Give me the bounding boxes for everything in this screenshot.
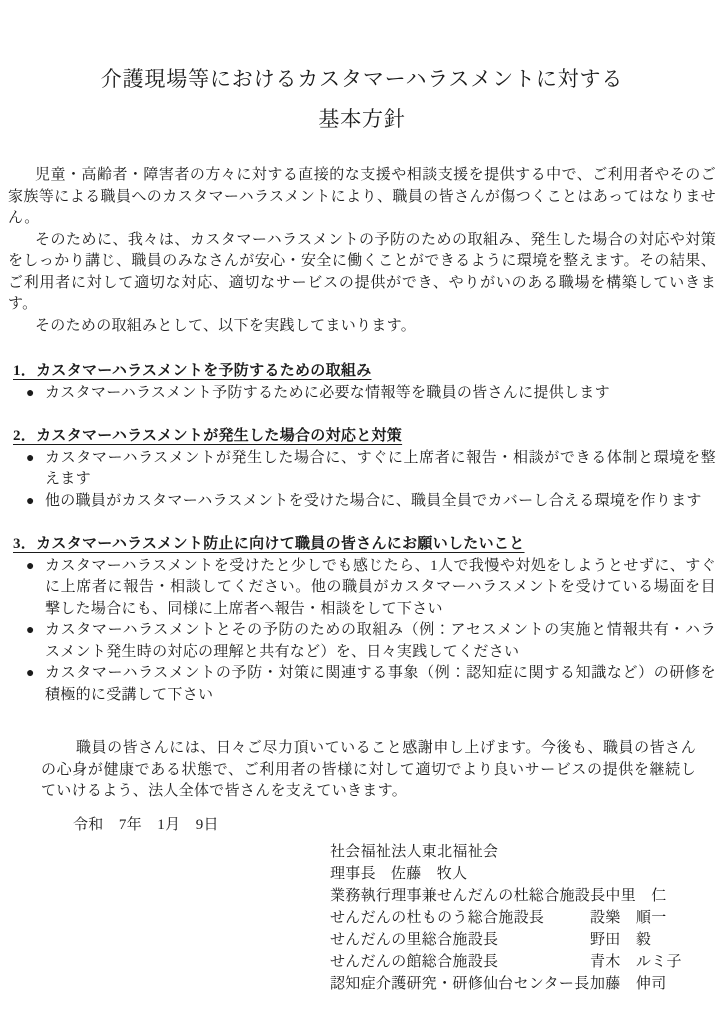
signature-row: 認知症介護研究・研修仙台センター長 加藤 伸司 [330, 973, 716, 995]
signature-row: せんだんの里総合施設長 野田 毅 [330, 929, 716, 951]
signature-title: せんだんの杜ものう総合施設長 [330, 907, 590, 929]
intro-paragraphs: 児童・高齢者・障害者の方々に対する直接的な支援や相談支援を提供する中で、ご利用者… [8, 165, 716, 337]
bullet-icon: ● [26, 556, 45, 578]
bullet-icon: ● [26, 448, 45, 470]
intro-paragraph-2: そのために、我々は、カスタマーハラスメントの予防のための取組み、発生した場合の対… [8, 230, 716, 316]
bullet-icon: ● [26, 383, 45, 405]
section-1-bullets: ● カスタマーハラスメント予防するために必要な情報等を職員の皆さんに提供します [26, 383, 716, 405]
section-2-bullets: ● カスタマーハラスメントが発生した場合に、すぐに上席者に報告・相談ができる体制… [26, 448, 716, 513]
signature-row: せんだんの館総合施設長 青木 ルミ子 [330, 951, 716, 973]
signature-title: 業務執行理事兼せんだんの杜総合施設長 [330, 885, 605, 907]
signature-name: 佐藤 牧人 [391, 863, 468, 885]
section-3-bullets: ● カスタマーハラスメントを受けたと少しでも感じたら、1人で我慢や対処をしようと… [26, 556, 716, 707]
signature-name: 設樂 順一 [590, 907, 667, 929]
bullet-item: ● カスタマーハラスメント予防するために必要な情報等を職員の皆さんに提供します [26, 383, 716, 405]
bullet-text: 他の職員がカスタマーハラスメントを受けた場合に、職員全員でカバーし合える環境を作… [45, 491, 716, 513]
intro-paragraph-3: そのための取組みとして、以下を実践してまいります。 [8, 316, 716, 338]
signature-title: 理事長 [330, 863, 376, 885]
signature-name: 青木 ルミ子 [590, 951, 682, 973]
signature-title: 認知症介護研究・研修仙台センター長 [330, 973, 590, 995]
bullet-text: カスタマーハラスメントの予防・対策に関連する事象（例：認知症に関する知識など）の… [45, 663, 716, 706]
bullet-item: ● 他の職員がカスタマーハラスメントを受けた場合に、職員全員でカバーし合える環境… [26, 491, 716, 513]
signature-organization: 社会福祉法人東北福祉会 [330, 841, 716, 863]
intro-paragraph-1: 児童・高齢者・障害者の方々に対する直接的な支援や相談支援を提供する中で、ご利用者… [8, 165, 716, 230]
document-title-line1: 介護現場等におけるカスタマーハラスメントに対する [0, 59, 724, 99]
signature-row: 理事長 佐藤 牧人 [330, 863, 716, 885]
signature-name: 中里 仁 [605, 885, 666, 907]
document-body: 児童・高齢者・障害者の方々に対する直接的な支援や相談支援を提供する中で、ご利用者… [8, 165, 716, 995]
signature-title: せんだんの館総合施設長 [330, 951, 590, 973]
document-title-line2: 基本方針 [0, 99, 724, 139]
signature-row: 業務執行理事兼せんだんの杜総合施設長 中里 仁 [330, 885, 716, 907]
closing-paragraph: 職員の皆さんには、日々ご尽力頂いていること感謝申し上げます。今後も、職員の皆さん… [41, 738, 696, 803]
bullet-icon: ● [26, 491, 45, 513]
bullet-icon: ● [26, 663, 45, 685]
document-page: 介護現場等におけるカスタマーハラスメントに対する 基本方針 児童・高齢者・障害者… [0, 0, 724, 1024]
bullet-icon: ● [26, 620, 45, 642]
section-1-heading: 1．カスタマーハラスメントを予防するための取組み [13, 361, 716, 383]
section-3: 3．カスタマーハラスメント防止に向けて職員の皆さんにお願いしたいこと ● カスタ… [8, 534, 716, 706]
bullet-text: カスタマーハラスメント予防するために必要な情報等を職員の皆さんに提供します [45, 383, 716, 405]
bullet-item: ● カスタマーハラスメントとその予防のための取組み（例：アセスメントの実施と情報… [26, 620, 716, 663]
section-2: 2．カスタマーハラスメントが発生した場合の対応と対策 ● カスタマーハラスメント… [8, 426, 716, 512]
date-line: 令和 7年 1月 9日 [73, 815, 716, 837]
signature-name: 加藤 伸司 [590, 973, 667, 995]
signature-block: 社会福祉法人東北福祉会 理事長 佐藤 牧人 業務執行理事兼せんだんの杜総合施設長… [330, 841, 716, 995]
section-2-heading: 2．カスタマーハラスメントが発生した場合の対応と対策 [13, 426, 716, 448]
bullet-text: カスタマーハラスメントを受けたと少しでも感じたら、1人で我慢や対処をしようとせず… [45, 556, 716, 621]
signature-title: せんだんの里総合施設長 [330, 929, 590, 951]
bullet-item: ● カスタマーハラスメントが発生した場合に、すぐに上席者に報告・相談ができる体制… [26, 448, 716, 491]
signature-name: 野田 毅 [590, 929, 651, 951]
signature-row: せんだんの杜ものう総合施設長 設樂 順一 [330, 907, 716, 929]
bullet-text: カスタマーハラスメントが発生した場合に、すぐに上席者に報告・相談ができる体制と環… [45, 448, 716, 491]
section-3-heading: 3．カスタマーハラスメント防止に向けて職員の皆さんにお願いしたいこと [13, 534, 716, 556]
bullet-text: カスタマーハラスメントとその予防のための取組み（例：アセスメントの実施と情報共有… [45, 620, 716, 663]
bullet-item: ● カスタマーハラスメントを受けたと少しでも感じたら、1人で我慢や対処をしようと… [26, 556, 716, 621]
bullet-item: ● カスタマーハラスメントの予防・対策に関連する事象（例：認知症に関する知識など… [26, 663, 716, 706]
document-title: 介護現場等におけるカスタマーハラスメントに対する 基本方針 [0, 59, 724, 139]
section-1: 1．カスタマーハラスメントを予防するための取組み ● カスタマーハラスメント予防… [8, 361, 716, 404]
